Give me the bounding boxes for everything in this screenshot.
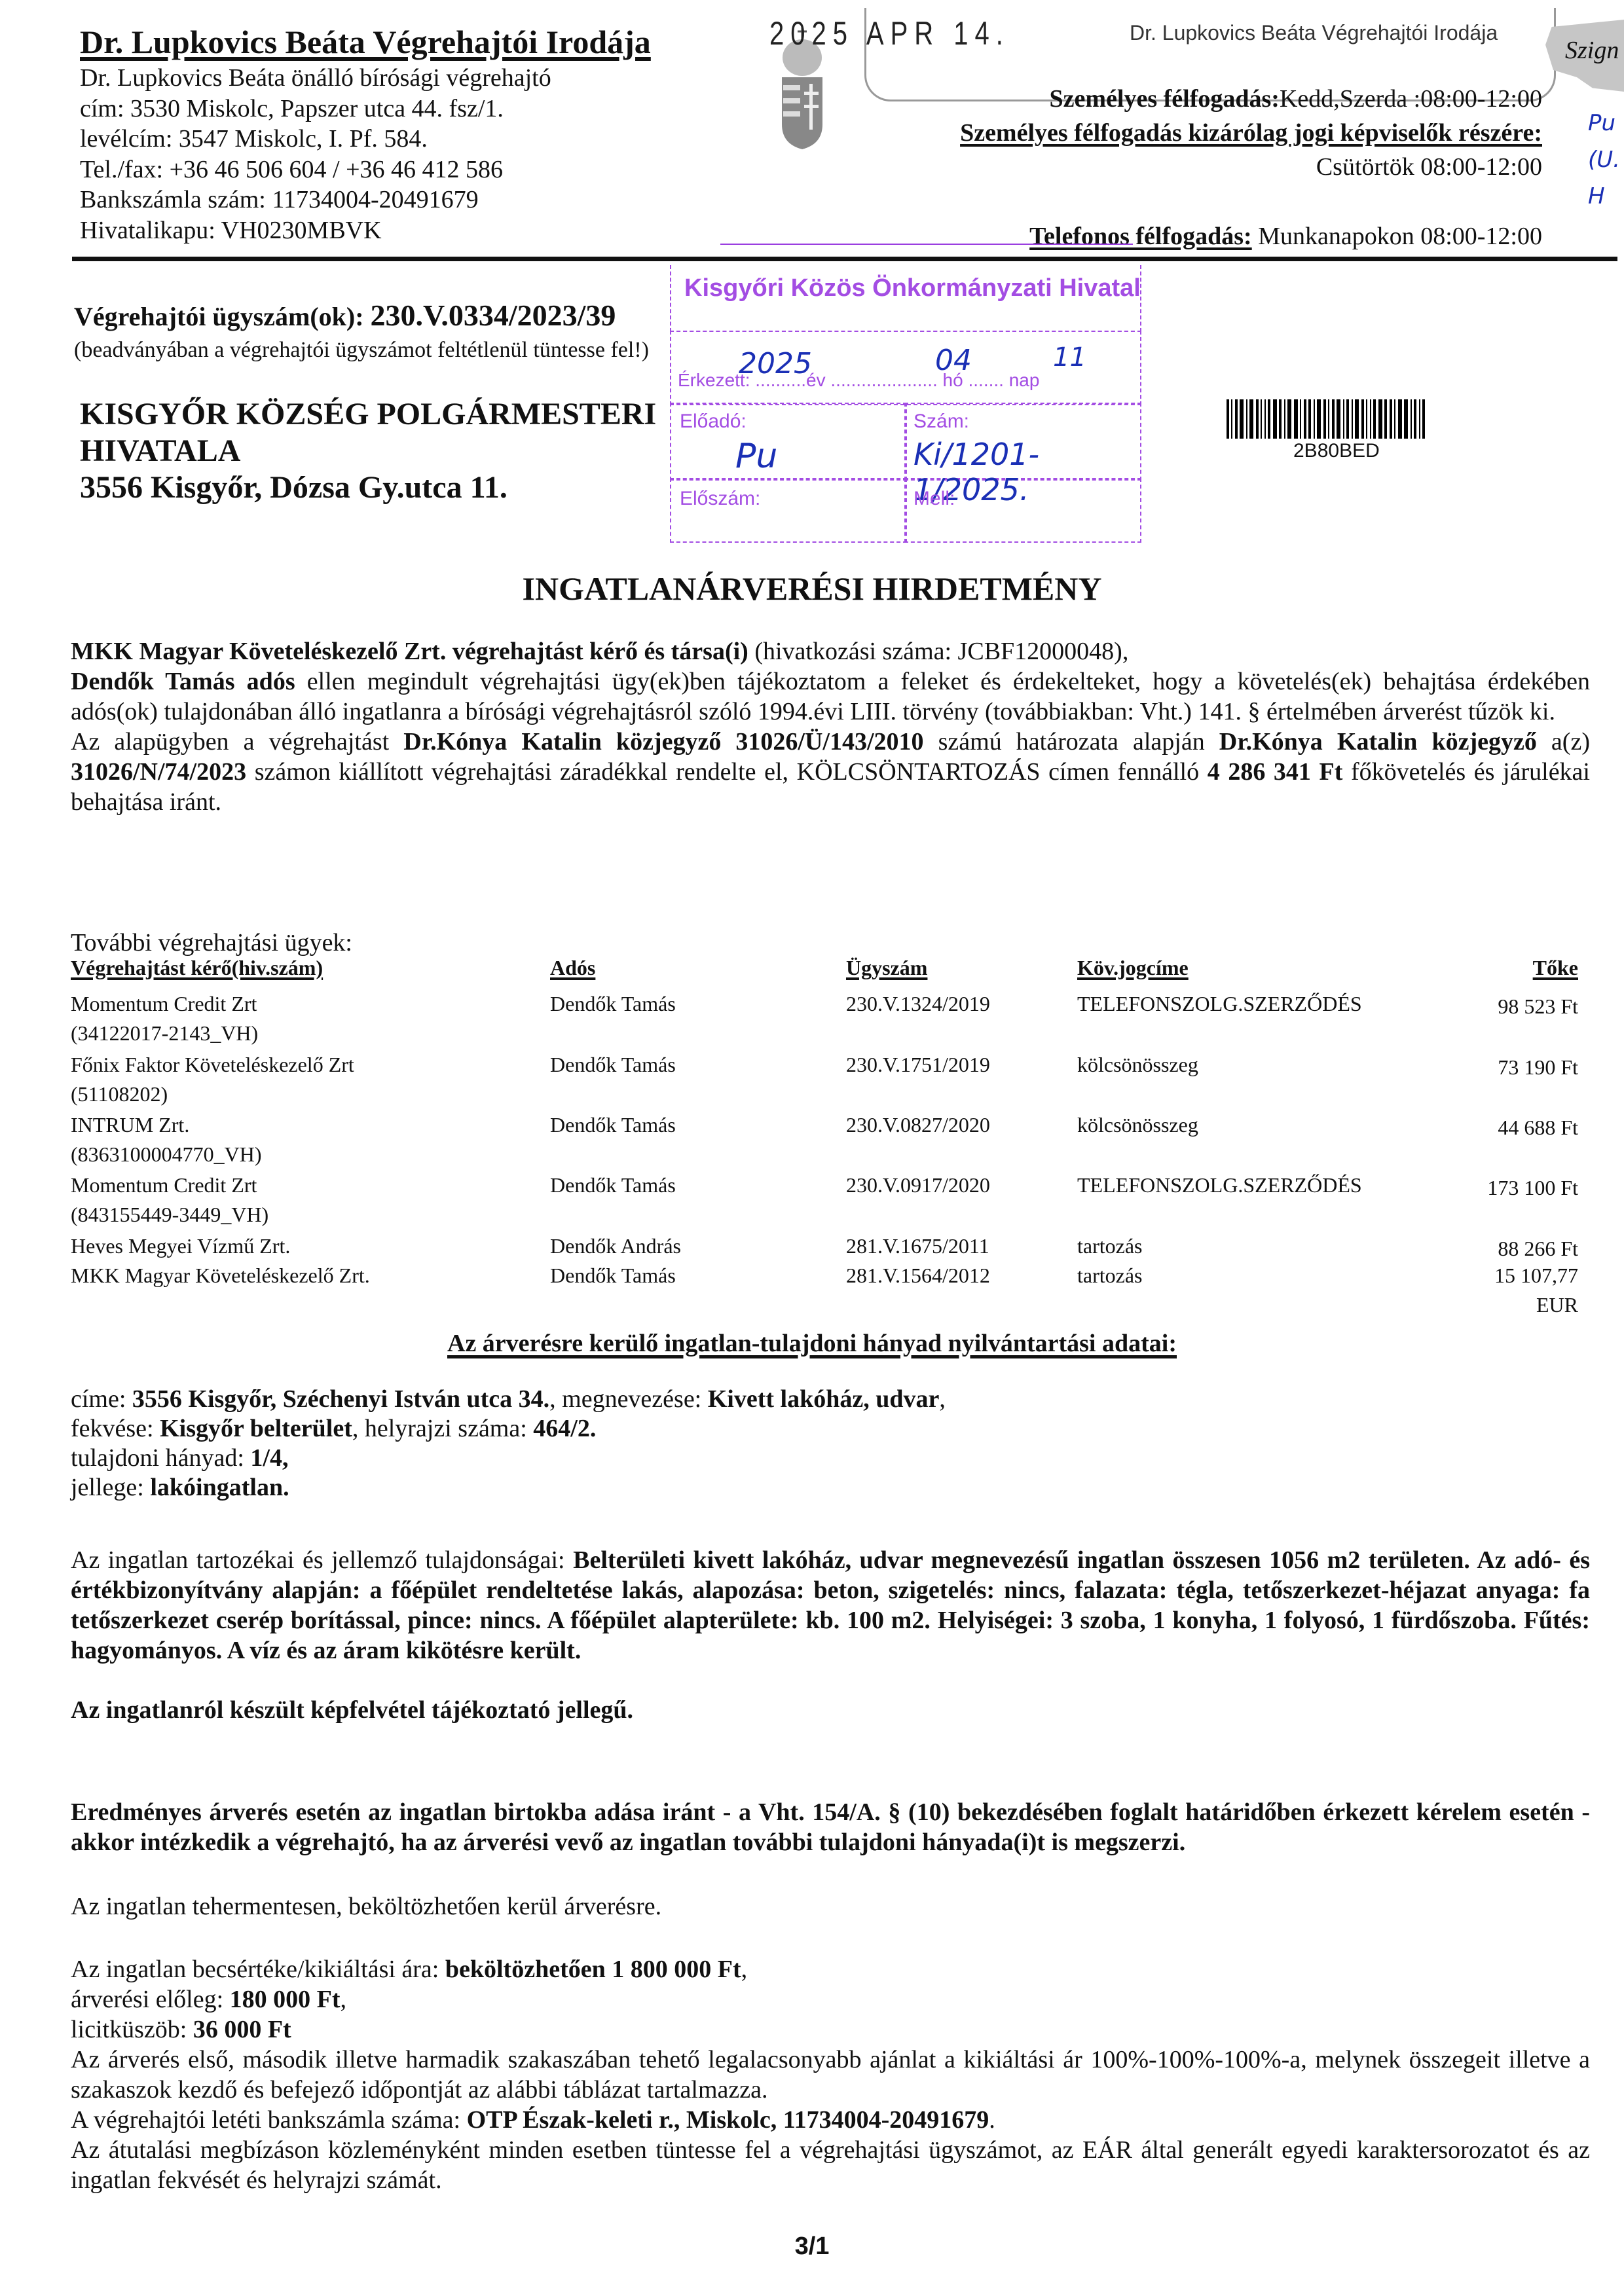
barcode-bar (1304, 399, 1306, 439)
table-cell-case: 230.V.0917/2020 (846, 1173, 990, 1197)
column-header: Adós (550, 956, 595, 980)
received-month: 04 (935, 344, 972, 377)
table-cell-title: TELEFONSZOLG.SZERZŐDÉS (1077, 992, 1362, 1016)
received-year: 2025 (739, 347, 812, 380)
property-location: Kisgyőr belterület (160, 1415, 352, 1442)
ownership-share: 1/4, (250, 1444, 288, 1472)
label: Az ingatlan tartozékai és jellemző tulaj… (71, 1546, 573, 1574)
presenter-label: Előadó: (680, 410, 747, 433)
office-title: Dr. Lupkovics Beáta Végrehajtói Irodája (80, 21, 735, 63)
barcode-bar (1268, 399, 1270, 439)
table-cell-creditor: Momentum Credit Zrt (71, 992, 257, 1016)
barcode-bar (1346, 399, 1349, 439)
barcode-bar (1361, 399, 1364, 439)
header-line: cím: 3530 Miskolc, Papszer utca 44. fsz/… (80, 94, 735, 124)
possession-note: Eredményes árverés esetén az ingatlan bi… (71, 1797, 1590, 1857)
table-cell-amount: 173 100 Ft (1487, 1176, 1578, 1200)
handwritten-note-line: (U. (1588, 141, 1620, 178)
case-number-block: Végrehajtói ügyszám(ok): 230.V.0334/2023… (74, 298, 649, 363)
barcode-bar (1352, 399, 1353, 439)
addressee-line: KISGYŐR KÖZSÉG POLGÁRMESTERI (80, 396, 656, 433)
barcode-bar (1419, 399, 1420, 439)
property-address: 3556 Kisgyőr, Széchenyi István utca 34. (132, 1385, 549, 1413)
attachment-label: Mell: (913, 488, 955, 510)
table-cell-amount: 44 688 Ft (1498, 1116, 1578, 1140)
prior-number-label: Előszám: (680, 488, 760, 510)
phone-reception-label: Telefonos félfogadás: (1029, 223, 1252, 250)
deposit-value: 180 000 Ft (230, 1986, 341, 2013)
column-header: Végrehajtást kérő(hiv.szám) (71, 956, 323, 980)
signature-stamp: Szign (1545, 20, 1624, 92)
enforcement-clause-number: 31026/N/74/2023 (71, 758, 246, 786)
photo-note: Az ingatlanról készült képfelvétel tájék… (71, 1696, 633, 1724)
table-cell-amount: 73 190 Ft (1498, 1055, 1578, 1080)
property-name: Kivett lakóház, udvar (708, 1385, 940, 1413)
table-cell-title: tartozás (1077, 1264, 1143, 1288)
barcode-bar (1240, 399, 1244, 439)
table-cell-debtor: Dendők Tamás (550, 1113, 676, 1137)
estimate-value: beköltözhetően 1 800 000 Ft (445, 1956, 741, 1983)
barcode-bar (1422, 399, 1425, 439)
intro-text: Az alapügyben a végrehajtást (71, 728, 403, 756)
document-title: INGATLANÁRVERÉSI HIRDETMÉNY (0, 570, 1624, 608)
number-label: Szám: (913, 410, 969, 433)
addressee-line: 3556 Kisgyőr, Dózsa Gy.utca 11. (80, 469, 656, 506)
bid-increment: 36 000 Ft (193, 2016, 291, 2043)
barcode-bar (1287, 399, 1291, 439)
stamp-divider (720, 244, 1133, 245)
case-number: 230.V.0334/2023/39 (371, 299, 616, 332)
header-line: levélcím: 3547 Miskolc, I. Pf. 584. (80, 124, 735, 155)
intro-paragraph: MKK Magyar Követeléskezelő Zrt. végrehaj… (71, 636, 1590, 817)
property-type: lakóingatlan. (150, 1474, 289, 1501)
table-cell-title: kölcsönösszeg (1077, 1053, 1198, 1077)
table-cell-debtor: Dendők András (550, 1234, 681, 1258)
intro-text: számú határozata alapján (924, 728, 1219, 756)
enforcement-office-header: Dr. Lupkovics Beáta Végrehajtói Irodája … (80, 21, 735, 246)
barcode-bar (1378, 399, 1382, 439)
table-cell-amount: 88 266 Ft (1498, 1237, 1578, 1261)
intro-text: számon kiállított végrehajtási záradékka… (246, 758, 1208, 786)
signature-stamp-text: Szign (1565, 36, 1619, 65)
table-cell-amount: 98 523 Ft (1498, 994, 1578, 1019)
barcode (1227, 399, 1449, 439)
barcode-bar (1394, 399, 1395, 439)
intro-text: ellen megindult végrehajtási ügy(ek)ben … (71, 668, 1590, 725)
price-details: Az ingatlan becsértéke/kikiáltási ára: b… (71, 1954, 1590, 2195)
label: tulajdoni hányad: (71, 1444, 250, 1472)
case-number-label: Végrehajtói ügyszám(ok): (74, 302, 364, 331)
barcode-bar (1323, 399, 1326, 439)
table-cell-debtor: Dendők Tamás (550, 1053, 676, 1077)
table-cell-title: tartozás (1077, 1234, 1143, 1258)
label: A végrehajtói letéti bankszámla száma: (71, 2106, 467, 2134)
unencumbered-note: Az ingatlan tehermentesen, beköltözhetőe… (71, 1892, 661, 1921)
lot-number: 464/2. (533, 1415, 596, 1442)
legal-reception-label: Személyes félfogadás kizárólag jogi képv… (756, 116, 1542, 150)
table-cell-debtor: Dendők Tamás (550, 1264, 676, 1288)
barcode-bar (1390, 399, 1392, 439)
stages-text: Az árverés első, második illetve harmadi… (71, 2045, 1590, 2105)
barcode-bar (1256, 399, 1259, 439)
handwritten-note-line: H (1588, 178, 1620, 215)
barcode-bar (1414, 399, 1416, 439)
table-cell-ref: (51108202) (71, 1082, 168, 1106)
table-cell-case: 230.V.1751/2019 (846, 1053, 990, 1077)
table-cell-debtor: Dendők Tamás (550, 1173, 676, 1197)
column-header: Köv.jogcíme (1077, 956, 1189, 980)
property-features: Az ingatlan tartozékai és jellemző tulaj… (71, 1545, 1590, 1666)
reception-hours: Személyes félfogadás:Kedd,Szerda :08:00-… (756, 82, 1542, 253)
table-cell-ref: (34122017-2143_VH) (71, 1021, 258, 1046)
personal-reception-value: Kedd,Szerda :08:00-12:00 (1280, 85, 1542, 113)
registry-stamp: Kisgyőri Közös Önkormányzati Hivatal Érk… (670, 265, 1141, 543)
barcode-bar (1404, 399, 1408, 439)
barcode-bar (1328, 399, 1329, 439)
label: , helyrajzi száma: (352, 1415, 533, 1442)
label: jellege: (71, 1474, 150, 1501)
table-cell-title: kölcsönösszeg (1077, 1113, 1198, 1137)
presenter-value: Pu (735, 437, 777, 476)
office-stamp-text: Dr. Lupkovics Beáta Végrehajtói Irodája (1130, 21, 1498, 45)
legal-reception-value: Csütörtök 08:00-12:00 (756, 150, 1542, 184)
barcode-bar (1261, 399, 1262, 439)
table-cell-case: 281.V.1564/2012 (846, 1264, 990, 1288)
property-details: címe: 3556 Kisgyőr, Széchenyi István utc… (71, 1385, 946, 1503)
column-header: Ügyszám (846, 956, 927, 980)
table-cell-creditor: Momentum Credit Zrt (71, 1173, 257, 1197)
table-cell-title: TELEFONSZOLG.SZERZŐDÉS (1077, 1173, 1362, 1197)
registry-stamp-title: Kisgyőri Közös Önkormányzati Hivatal (684, 274, 1141, 302)
handwritten-note-line: Pu (1588, 105, 1620, 141)
creditor-name: MKK Magyar Követeléskezelő Zrt. végrehaj… (71, 638, 748, 665)
barcode-bar (1384, 399, 1387, 439)
header-line: Hivatalikapu: VH0230MBVK (80, 215, 735, 246)
received-label: Érkezett: ..........év .................… (678, 370, 1039, 391)
transfer-instructions: Az átutalási megbízáson közleményként mi… (71, 2135, 1590, 2195)
intro-text: a(z) (1537, 728, 1590, 756)
further-cases-title: További végrehajtási ügyek: (71, 928, 352, 957)
label: licitküszöb: (71, 2016, 193, 2043)
barcode-bar (1284, 399, 1285, 439)
addressee: KISGYŐR KÖZSÉG POLGÁRMESTERI HIVATALA 35… (80, 396, 656, 506)
table-cell-amount2: EUR (1536, 1293, 1578, 1317)
table-cell-case: 230.V.1324/2019 (846, 992, 990, 1016)
table-cell-ref: (843155449-3449_VH) (71, 1203, 268, 1227)
page-number: 3/1 (0, 2232, 1624, 2261)
handwritten-margin-note: Pu (U. H (1588, 105, 1620, 215)
barcode-bar (1370, 399, 1371, 439)
barcode-text: 2B80BED (1293, 440, 1380, 462)
barcode-bar (1355, 399, 1359, 439)
bank-account: OTP Észak-keleti r., Miskolc, 11734004-2… (467, 2106, 989, 2134)
column-header: Tőke (1533, 956, 1578, 980)
barcode-bar (1300, 399, 1301, 439)
received-day: 11 (1053, 342, 1086, 373)
personal-reception-label: Személyes félfogadás: (1050, 85, 1280, 113)
phone-reception-value: Munkanapokon 08:00-12:00 (1258, 223, 1542, 250)
barcode-bar (1317, 399, 1321, 439)
barcode-bar (1373, 399, 1376, 439)
label: címe: (71, 1385, 132, 1413)
table-cell-creditor: Főnix Faktor Követeléskezelő Zrt (71, 1053, 354, 1077)
creditor-ref: (hivatkozási száma: JCBF12000048), (748, 638, 1128, 665)
label: , megnevezése: (549, 1385, 708, 1413)
barcode-bar (1227, 399, 1229, 439)
barcode-bar (1366, 399, 1367, 439)
barcode-bar (1231, 399, 1232, 439)
barcode-bar (1337, 399, 1340, 439)
addressee-line: HIVATALA (80, 433, 656, 469)
barcode-bar (1264, 399, 1266, 439)
header-line: Bankszámla szám: 11734004-20491679 (80, 185, 735, 215)
label: árverési előleg: (71, 1986, 230, 2013)
notary-name: Dr.Kónya Katalin közjegyző (1219, 728, 1537, 756)
barcode-bar (1314, 399, 1315, 439)
barcode-bar (1343, 399, 1344, 439)
barcode-bar (1235, 399, 1238, 439)
barcode-bar (1279, 399, 1282, 439)
label: Az ingatlan becsértéke/kikiáltási ára: (71, 1956, 445, 1983)
case-number-note: (beadványában a végrehajtói ügyszámot fe… (74, 338, 649, 363)
table-cell-case: 281.V.1675/2011 (846, 1234, 989, 1258)
header-line: Tel./fax: +36 46 506 604 / +36 46 412 58… (80, 155, 735, 185)
table-cell-creditor: INTRUM Zrt. (71, 1113, 189, 1137)
notary-decision: Dr.Kónya Katalin közjegyző 31026/Ü/143/2… (403, 728, 923, 756)
label: fekvése: (71, 1415, 160, 1442)
property-section-title: Az árverésre kerülő ingatlan-tulajdoni h… (0, 1329, 1624, 1358)
principal-amount: 4 286 341 Ft (1208, 758, 1343, 786)
barcode-bar (1246, 399, 1247, 439)
table-cell-debtor: Dendők Tamás (550, 992, 676, 1016)
debtor-name: Dendők Tamás adós (71, 668, 295, 695)
barcode-bar (1332, 399, 1335, 439)
table-cell-creditor: MKK Magyar Követeléskezelő Zrt. (71, 1264, 370, 1288)
barcode-bar (1308, 399, 1311, 439)
table-cell-creditor: Heves Megyei Vízmű Zrt. (71, 1234, 290, 1258)
barcode-bar (1411, 399, 1412, 439)
barcode-bar (1273, 399, 1277, 439)
barcode-bar (1294, 399, 1298, 439)
header-divider (72, 257, 1617, 261)
table-cell-case: 230.V.0827/2020 (846, 1113, 990, 1137)
barcode-bar (1398, 399, 1402, 439)
barcode-bar (1249, 399, 1253, 439)
header-line: Dr. Lupkovics Beáta önálló bírósági végr… (80, 63, 735, 94)
table-cell-amount: 15 107,77 (1494, 1264, 1578, 1288)
table-cell-ref: (8363100004770_VH) (71, 1142, 262, 1167)
